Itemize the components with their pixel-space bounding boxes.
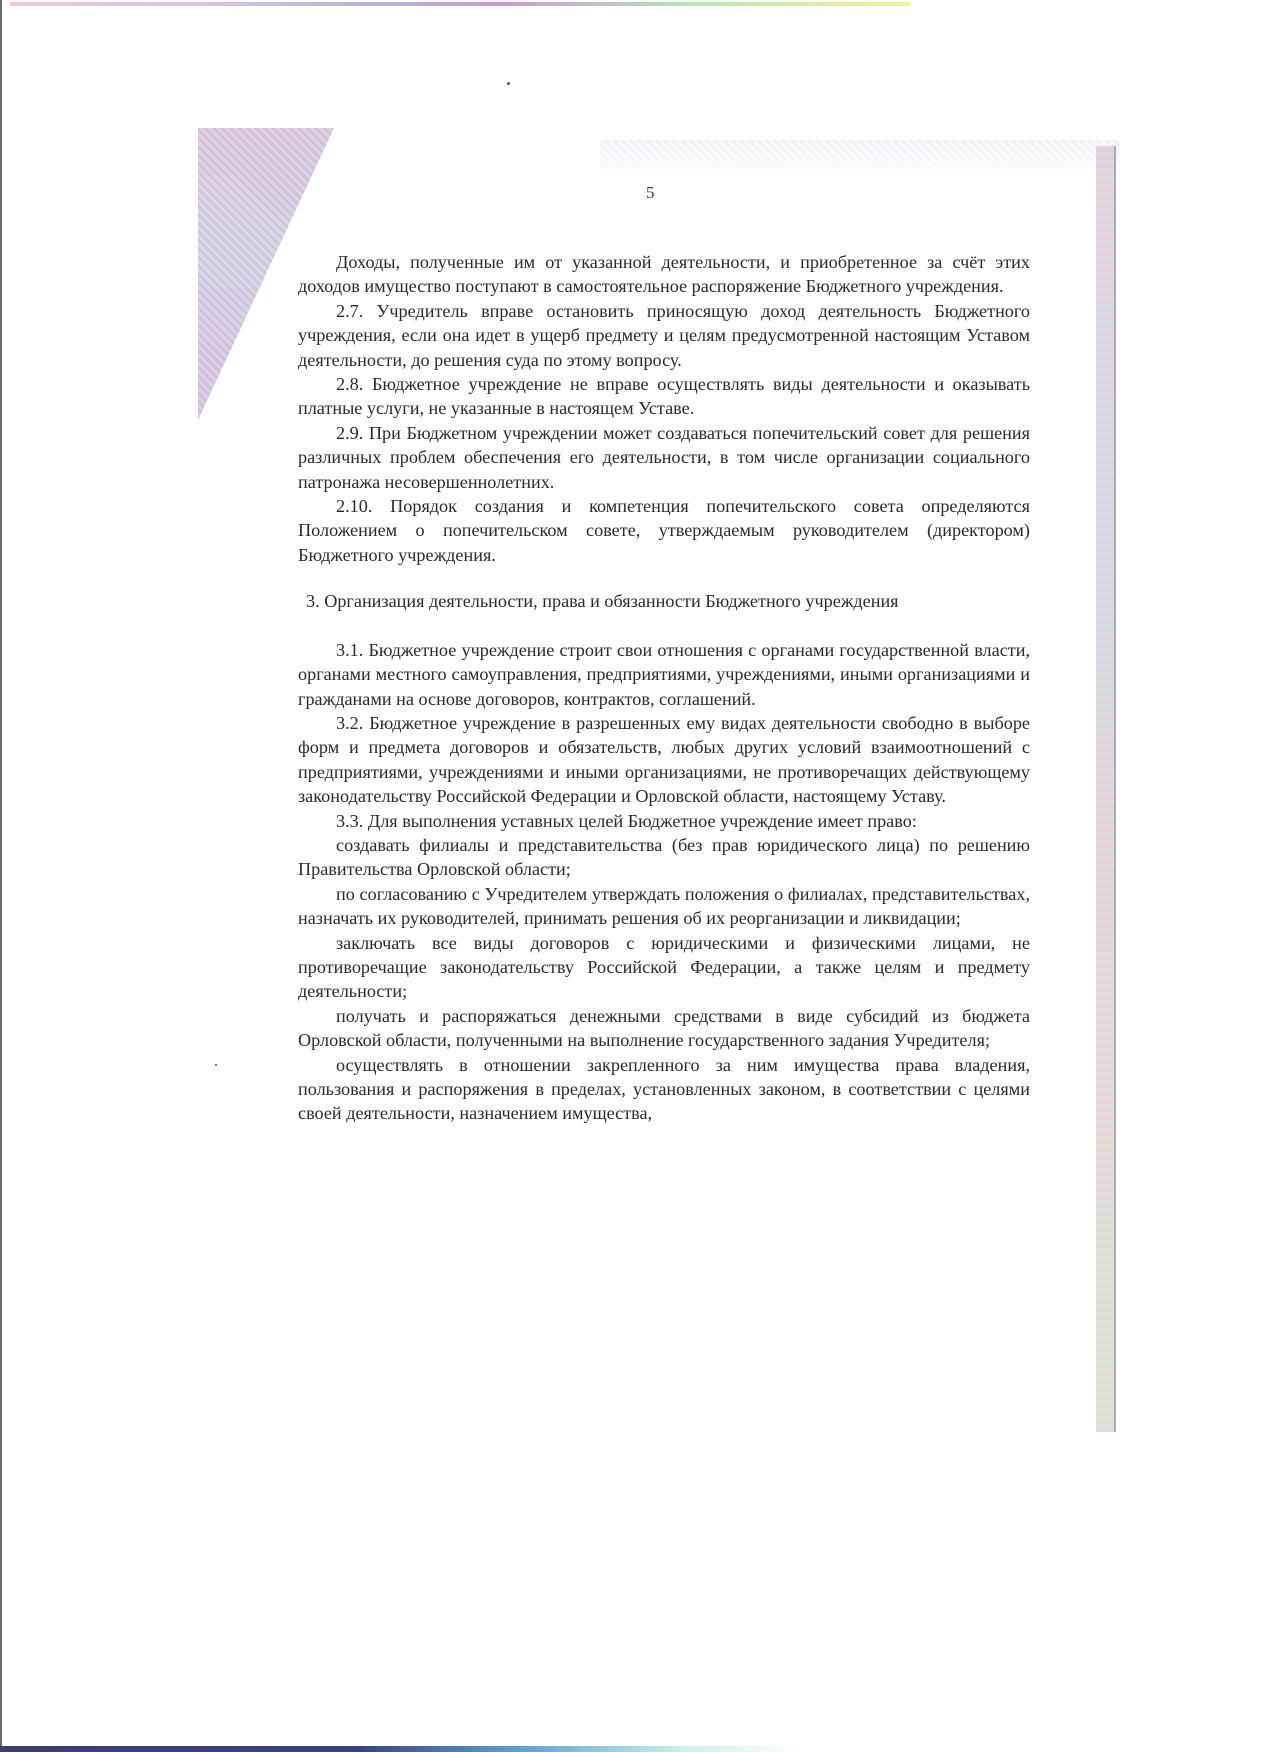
speck [215,1064,217,1066]
scan-artifact-top-line [10,2,910,6]
paragraph-2-10: 2.10. Порядок создания и компетенция поп… [298,494,1030,567]
scan-artifact-bottom-line [0,1746,800,1752]
list-item: создавать филиалы и представительства (б… [298,833,1030,882]
paragraph-2-7: 2.7. Учредитель вправе остановить принос… [298,299,1030,372]
list-item: по согласованию с Учредителем утверждать… [298,882,1030,931]
paragraph-2-9: 2.9. При Бюджетном учреждении может созд… [298,421,1030,494]
document-body: Доходы, полученные им от указанной деяте… [298,250,1030,1126]
speck [507,82,510,85]
paragraph-3-1: 3.1. Бюджетное учреждение строит свои от… [298,638,1030,711]
scan-edge-left [0,0,2,1752]
paragraph-2-8: 2.8. Бюджетное учреждение не вправе осущ… [298,372,1030,421]
scan-artifact-right-strip [1096,146,1116,1432]
section-heading: 3. Организация деятельности, права и обя… [306,589,1030,613]
scan-artifact-top-band [600,140,1120,180]
list-item: заключать все виды договоров с юридическ… [298,931,1030,1004]
page-number: 5 [646,183,655,203]
paragraph-3-3: 3.3. Для выполнения уставных целей Бюдже… [298,809,1030,833]
paragraph: Доходы, полученные им от указанной деяте… [298,250,1030,299]
list-item: получать и распоряжаться денежными средс… [298,1004,1030,1053]
list-item: осуществлять в отношении закрепленного з… [298,1053,1030,1126]
paragraph-3-2: 3.2. Бюджетное учреждение в разрешенных … [298,711,1030,809]
